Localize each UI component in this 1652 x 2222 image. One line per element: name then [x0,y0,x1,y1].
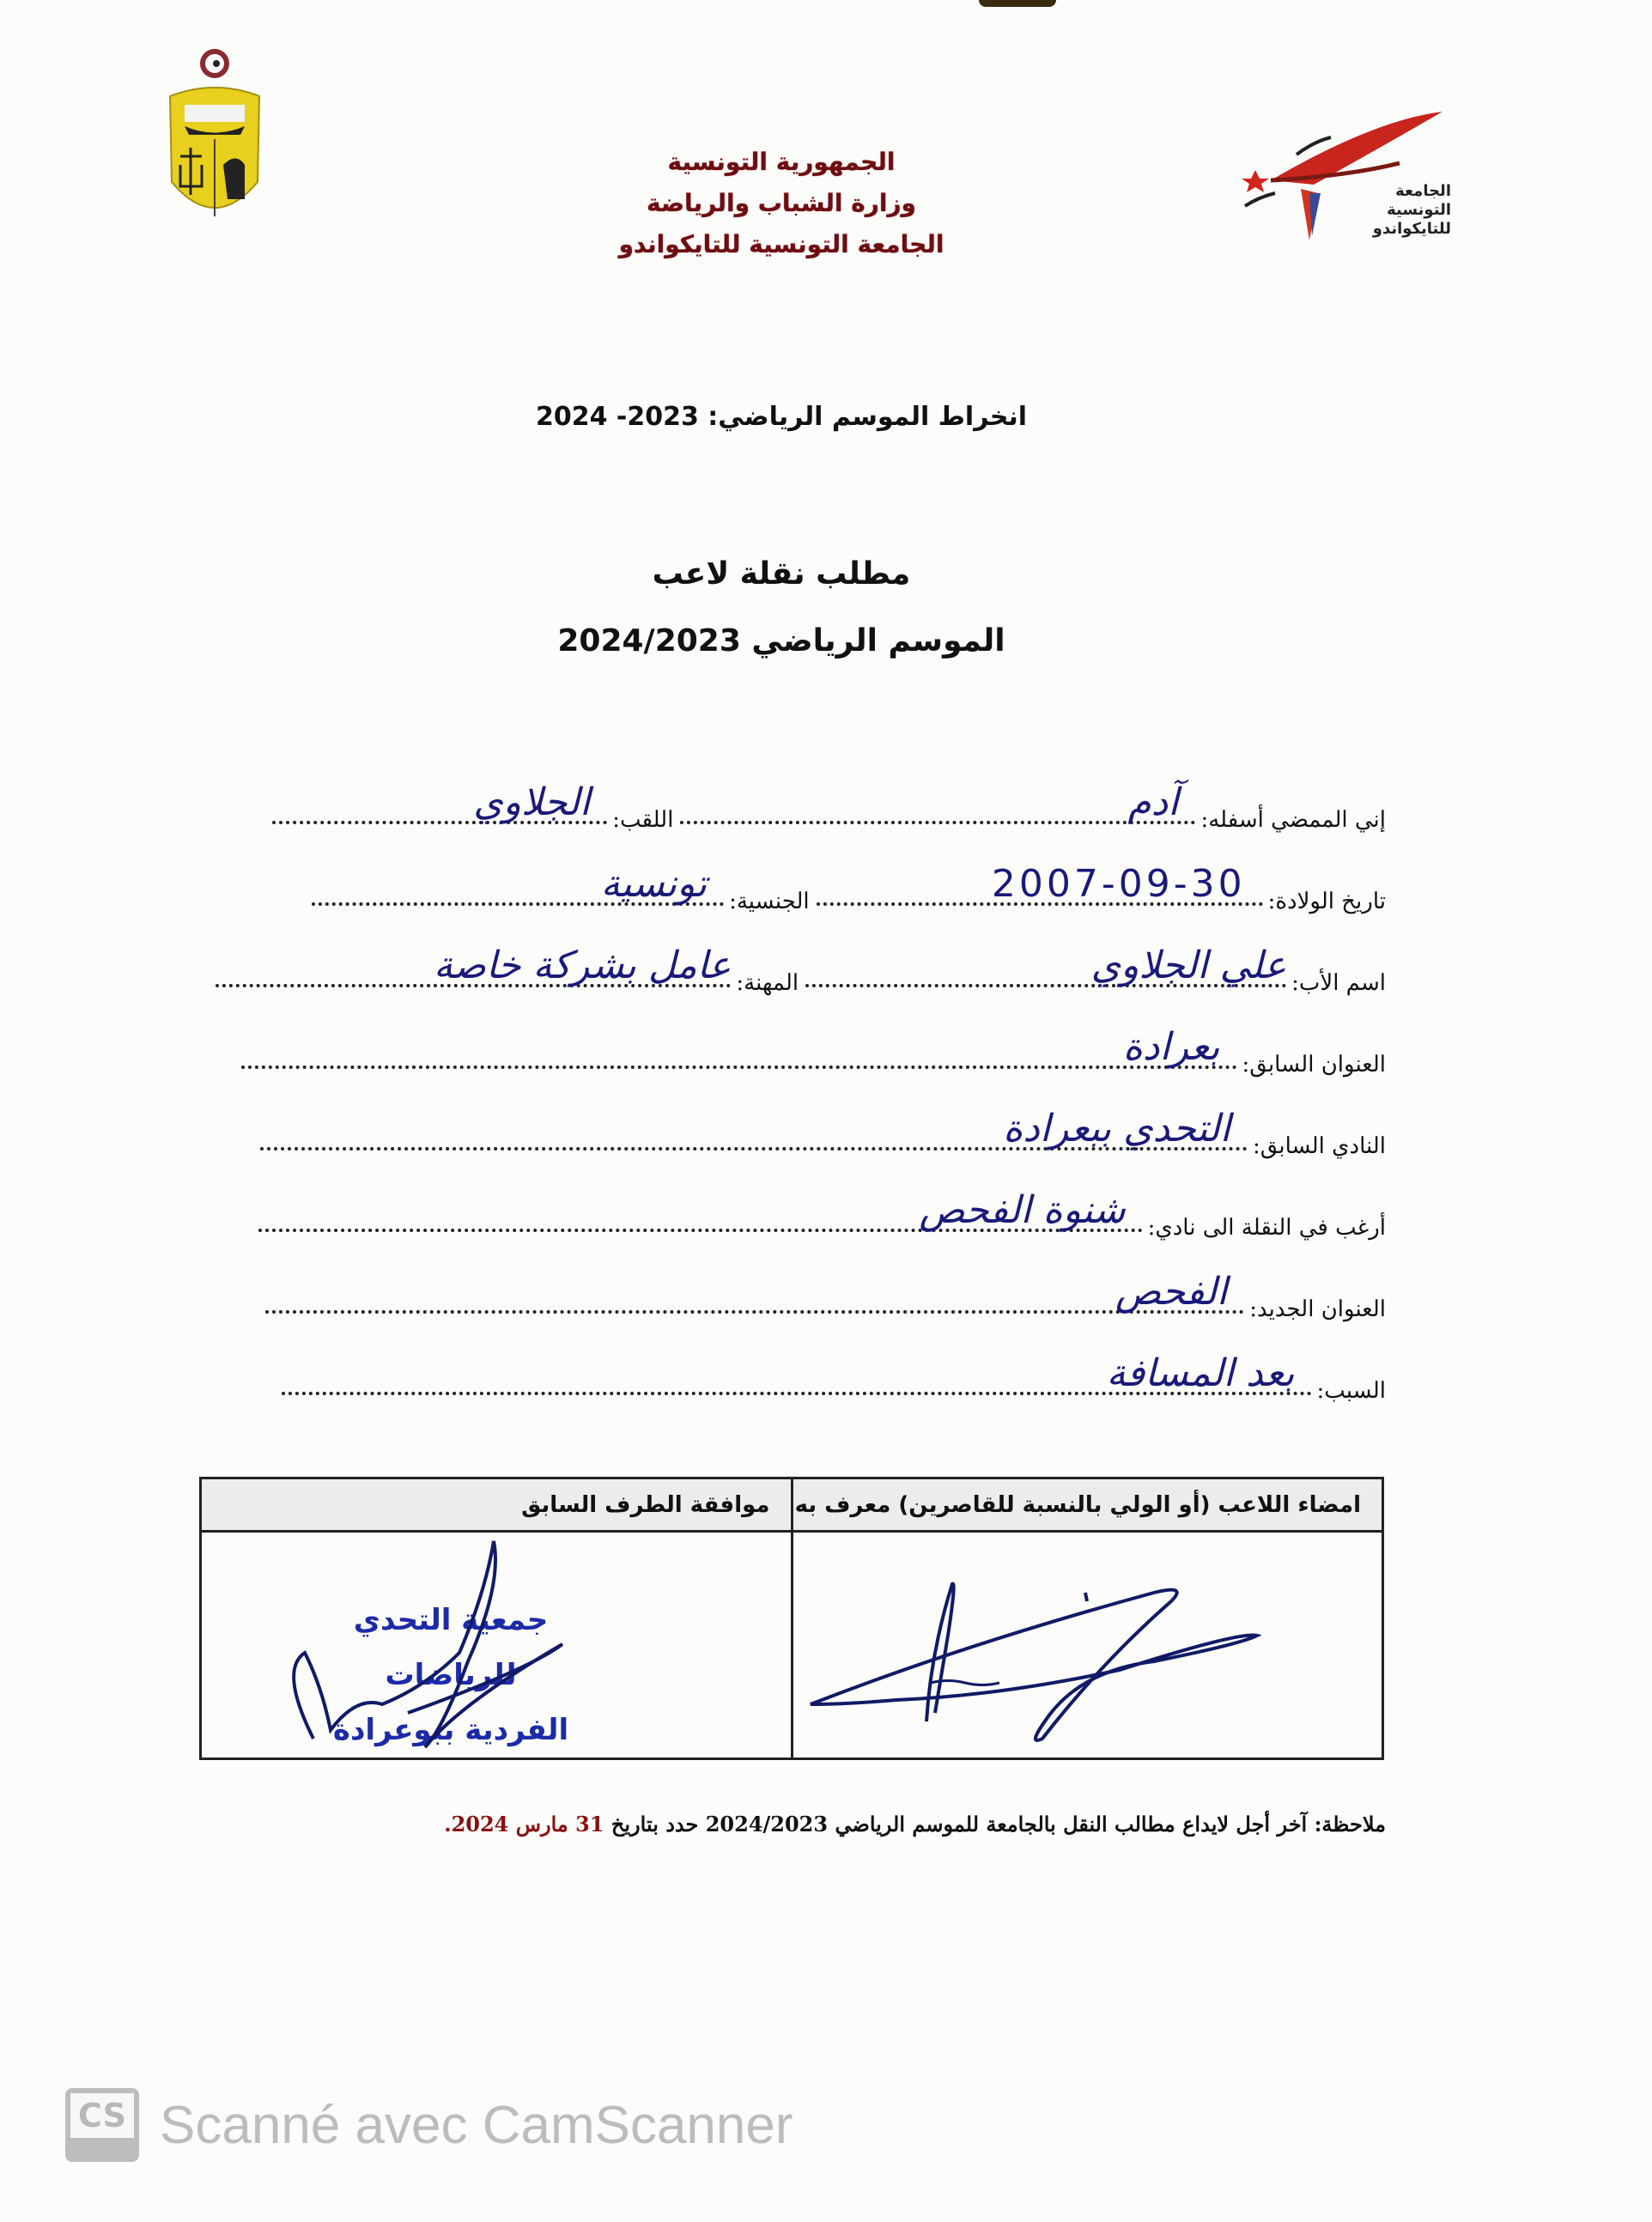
header-player-signature: امضاء اللاعب (أو الولي بالنسبة للقاصرين)… [791,1479,1382,1530]
form-row-father: اسم الأب: علي الجلاوي المهنة: عامل بشركة… [216,944,1386,996]
field-label-new-address: العنوان الجديد: [1244,1296,1386,1322]
federation-line: الجامعة التونسية للتايكواندو [601,224,962,265]
field-birthdate[interactable]: 2007-09-30 [817,902,1263,906]
form-row-reason: السبب: بعد المسافة [282,1352,1386,1404]
header-previous-approval: موافقة الطرف السابق [202,1479,791,1530]
field-value-birthdate: 2007-09-30 [992,862,1246,906]
field-label-nationality: الجنسية: [724,889,817,914]
field-prev-address[interactable]: بعرادة [241,1065,1237,1069]
form-row-name: إني الممضي أسفله: آدم اللقب: الجلاوي [272,781,1386,833]
title-line-1: مطلب نقلة لاعب [481,541,1082,608]
field-label-father: اسم الأب: [1286,970,1386,996]
note-deadline-date: 31 مارس 2024. [444,1812,604,1836]
field-lastname[interactable]: الجلاوي [272,821,607,824]
field-value-new-address: الفحص [1115,1270,1227,1314]
field-value-firstname: آدم [1127,780,1178,824]
note-text: آخر أجل لايداع مطالب النقل بالجامعة للمو… [604,1812,1315,1836]
field-value-prev-address: بعرادة [1123,1025,1220,1069]
scan-artifact [979,0,1056,7]
previous-approval-cell[interactable]: جمعية التحدي للرياضات الفردية ببوعرادة [202,1533,791,1758]
federation-logo-icon: الجامعة التونسية للتايكواندو [1219,94,1468,249]
title-line-2: الموسم الرياضي 2024/2023 [481,608,1082,675]
svg-text:الجامعة: الجامعة [1395,182,1451,200]
field-label-new-club: أرغب في النقلة الى نادي: [1143,1215,1386,1241]
form-row-new-address: العنوان الجديد: الفحص [265,1271,1386,1322]
field-value-lastname: الجلاوي [473,780,590,824]
document-title: مطلب نقلة لاعب الموسم الرياضي 2024/2023 [481,541,1082,675]
svg-text:التونسية: التونسية [1387,201,1451,219]
field-label-birthdate: تاريخ الولادة: [1263,889,1386,914]
field-value-reason: بعد المسافة [1107,1351,1295,1395]
field-value-prev-club: التحدي ببعرادة [1003,1107,1230,1150]
field-value-new-club: شنوة الفحص [919,1188,1125,1232]
field-new-address[interactable]: الفحص [265,1310,1244,1314]
form-row-birth: تاريخ الولادة: 2007-09-30 الجنسية: تونسي… [312,863,1386,914]
form-row-prev-address: العنوان السابق: بعرادة [241,1026,1387,1078]
field-prev-club[interactable]: التحدي ببعرادة [260,1147,1248,1150]
form-row-prev-club: النادي السابق: التحدي ببعرادة [260,1108,1386,1159]
field-value-occupation: عامل بشركة خاصة [434,944,731,987]
svg-text:للتايكواندو: للتايكواندو [1372,220,1451,238]
signature-table-header: امضاء اللاعب (أو الولي بالنسبة للقاصرين)… [202,1479,1382,1533]
stamp-line-2: الفردية ببوعرادة [288,1703,614,1758]
camscanner-watermark: CS Scanné avec CamScanner [65,2088,793,2162]
camscanner-text: Scanné avec CamScanner [160,2095,793,2156]
ministry-line: وزارة الشباب والرياضة [601,183,962,224]
player-signature-icon [793,1533,1386,1758]
player-signature-cell[interactable] [791,1533,1382,1758]
field-label-prev-club: النادي السابق: [1248,1133,1386,1159]
field-reason[interactable]: بعد المسافة [282,1392,1312,1395]
scanned-document-page: الجامعة التونسية للتايكواندو الجمهورية ا… [0,0,1652,2222]
camscanner-logo-icon: CS [65,2088,139,2162]
government-header: الجمهورية التونسية وزارة الشباب والرياضة… [601,142,962,265]
republic-line: الجمهورية التونسية [601,142,962,183]
deadline-note: ملاحظة: آخر أجل لايداع مطالب النقل بالجا… [444,1812,1386,1836]
field-value-father: علي الجلاوي [1091,944,1286,987]
club-stamp: جمعية التحدي للرياضات الفردية ببوعرادة [288,1593,614,1758]
field-nationality[interactable]: تونسية [312,902,724,906]
form-row-new-club: أرغب في النقلة الى نادي: شنوة الفحص [258,1189,1386,1241]
signature-table-body: جمعية التحدي للرياضات الفردية ببوعرادة [202,1533,1382,1758]
field-label-reason: السبب: [1312,1378,1386,1404]
field-father[interactable]: علي الجلاوي [805,984,1286,987]
field-label-lastname: اللقب: [607,807,680,833]
field-label-firstname: إني الممضي أسفله: [1195,807,1386,833]
note-prefix: ملاحظة: [1315,1812,1386,1836]
field-value-nationality: تونسية [601,862,707,906]
signature-table: امضاء اللاعب (أو الولي بالنسبة للقاصرين)… [199,1477,1384,1760]
field-new-club[interactable]: شنوة الفحص [258,1229,1143,1232]
tunisia-coat-of-arms-icon [155,45,275,234]
stamp-line-1: جمعية التحدي للرياضات [288,1593,614,1703]
field-label-occupation: المهنة: [731,970,805,996]
season-registration-line: انخراط الموسم الرياضي: 2023- 2024 [481,402,1082,432]
field-firstname[interactable]: آدم [680,821,1195,824]
field-occupation[interactable]: عامل بشركة خاصة [216,984,731,987]
field-label-prev-address: العنوان السابق: [1237,1052,1387,1078]
